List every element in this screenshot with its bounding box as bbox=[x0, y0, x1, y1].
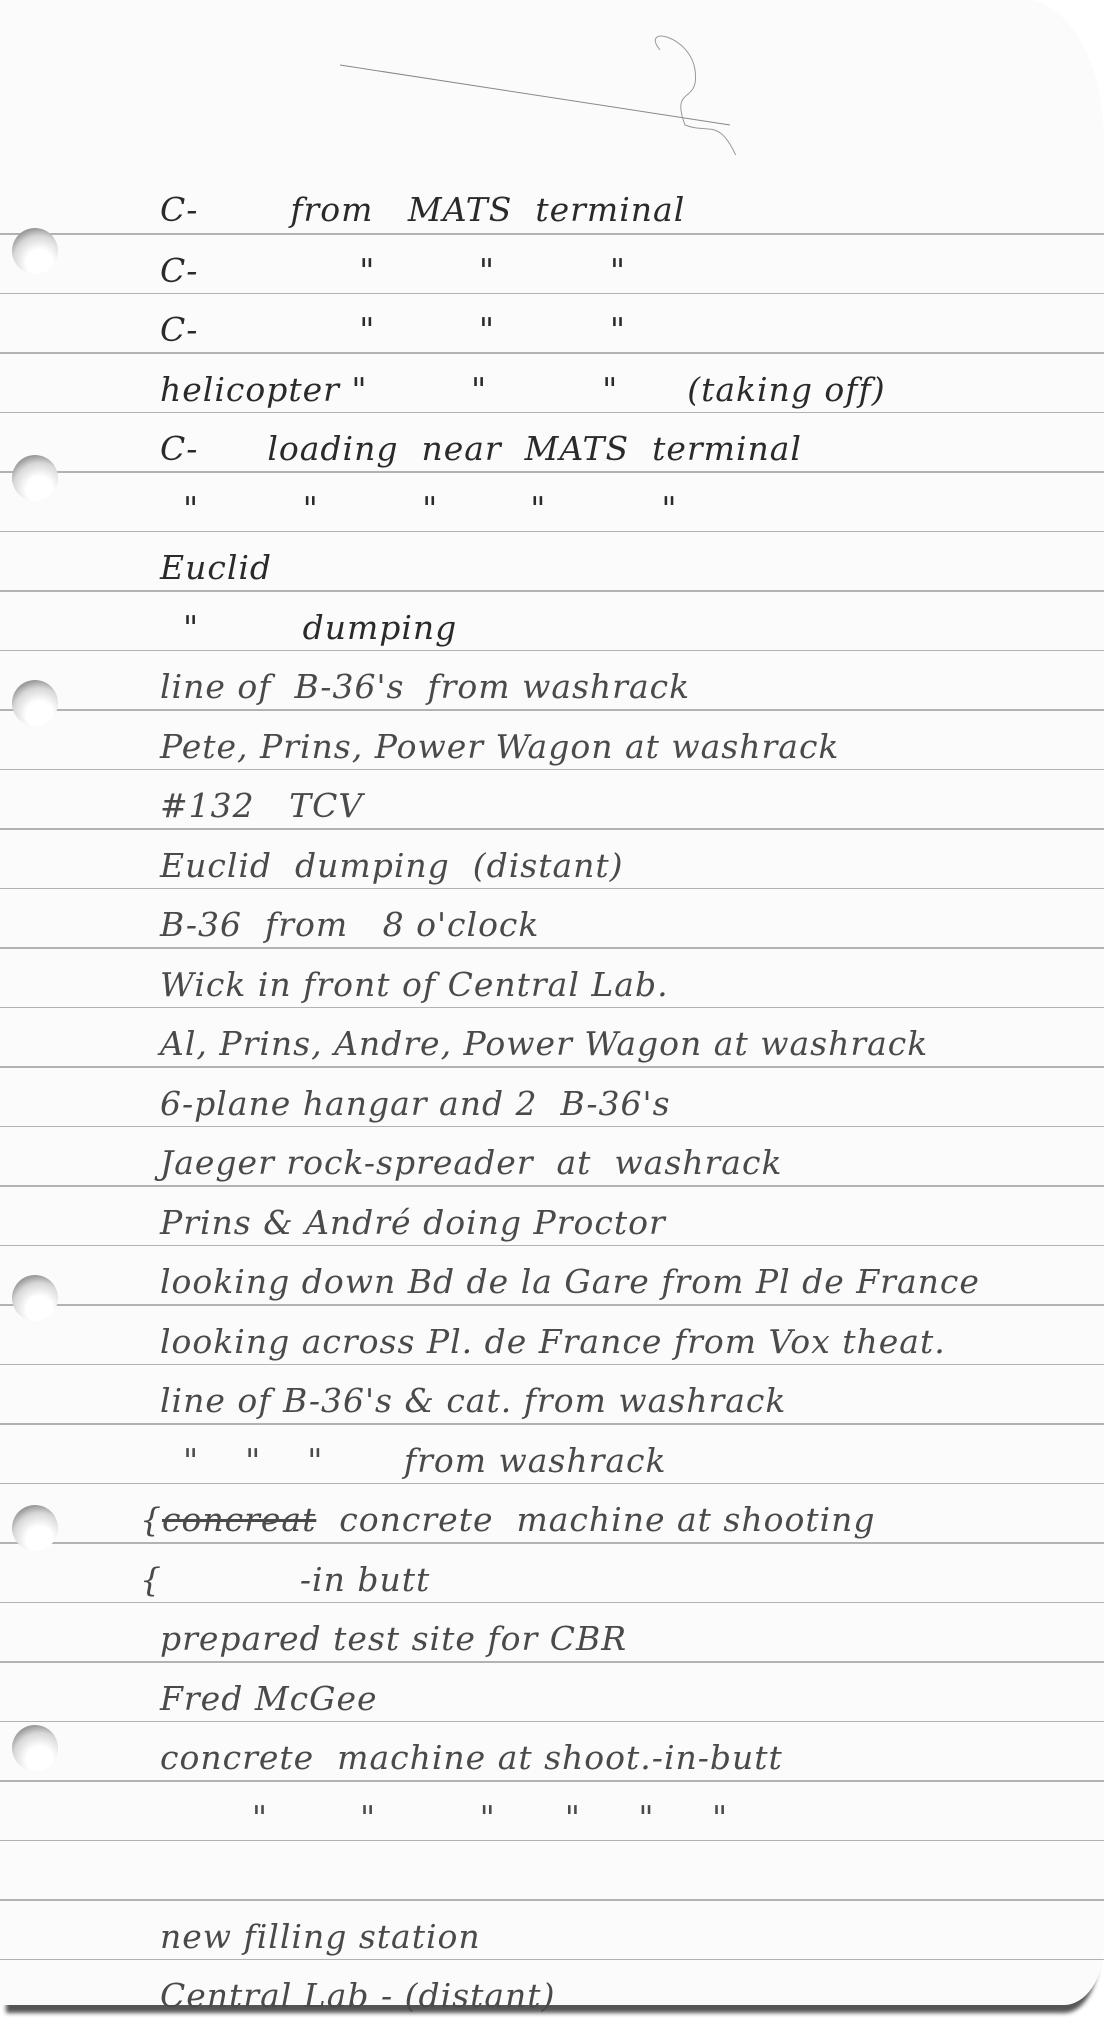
punch-hole bbox=[12, 1505, 58, 1551]
struck-word: concreat bbox=[162, 1500, 316, 1539]
ruled-line bbox=[0, 1899, 1104, 1901]
ruled-line bbox=[0, 1364, 1104, 1366]
ruled-line bbox=[0, 471, 1104, 473]
ruled-line bbox=[0, 650, 1104, 652]
note-entry: C- " " " bbox=[160, 251, 1084, 291]
note-entry: {concreat concrete machine at shooting bbox=[140, 1500, 1084, 1540]
note-entry: " " " " " bbox=[160, 489, 1084, 529]
note-entry: looking down Bd de la Gare from Pl de Fr… bbox=[160, 1262, 1084, 1302]
ruled-line bbox=[0, 828, 1104, 830]
ruled-line bbox=[0, 412, 1104, 414]
note-entry: #132 TCV bbox=[160, 786, 1084, 826]
note-entry: concrete machine at shoot.-in-butt bbox=[160, 1738, 1084, 1778]
note-entry: line of B-36's from washrack bbox=[160, 667, 1084, 707]
note-entry: Euclid dumping (distant) bbox=[160, 846, 1084, 886]
ruled-line bbox=[0, 1245, 1104, 1247]
ruled-line bbox=[0, 1066, 1104, 1068]
ruled-line bbox=[0, 1602, 1104, 1604]
ruled-line bbox=[0, 947, 1104, 949]
ruled-line bbox=[0, 233, 1104, 235]
note-entry: prepared test site for CBR bbox=[160, 1619, 1084, 1659]
ruled-line bbox=[0, 352, 1104, 354]
punch-hole bbox=[12, 1725, 58, 1771]
notebook-page: C- from MATS terminalC- " " "C- " " "hel… bbox=[0, 0, 1104, 2005]
ruled-line bbox=[0, 590, 1104, 592]
ruled-line bbox=[0, 1304, 1104, 1306]
note-entry: Euclid bbox=[160, 548, 1084, 588]
ruled-line bbox=[0, 709, 1104, 711]
note-entry: looking across Pl. de France from Vox th… bbox=[160, 1322, 1084, 1362]
ruled-line bbox=[0, 1721, 1104, 1723]
punch-hole bbox=[12, 680, 58, 726]
note-entry: Pete, Prins, Power Wagon at washrack bbox=[160, 727, 1084, 767]
note-entry: C- loading near MATS terminal bbox=[160, 429, 1084, 469]
ruled-line bbox=[0, 1483, 1104, 1485]
note-entry: C- from MATS terminal bbox=[160, 190, 1084, 230]
ruled-line bbox=[0, 1126, 1104, 1128]
punch-hole bbox=[12, 1275, 58, 1321]
ruled-line bbox=[0, 293, 1104, 295]
note-entry: Jaeger rock-spreader at washrack bbox=[160, 1143, 1084, 1183]
ruled-line bbox=[0, 1959, 1104, 1961]
punch-hole bbox=[12, 455, 58, 501]
ruled-line bbox=[0, 1185, 1104, 1187]
ruled-line bbox=[0, 1780, 1104, 1782]
note-entry: " " " " " " bbox=[160, 1798, 1084, 1838]
note-entry: line of B-36's & cat. from washrack bbox=[160, 1381, 1084, 1421]
stray-thread bbox=[340, 25, 780, 155]
note-entry: Prins & André doing Proctor bbox=[160, 1203, 1084, 1243]
note-entry: B-36 from 8 o'clock bbox=[160, 905, 1084, 945]
note-entry: " dumping bbox=[160, 608, 1084, 648]
note-entry: Central Lab - (distant) bbox=[160, 1976, 1084, 2016]
note-entry: Wick in front of Central Lab. bbox=[160, 965, 1084, 1005]
punch-hole bbox=[12, 228, 58, 274]
note-entry: new filling station bbox=[160, 1917, 1084, 1957]
ruled-line bbox=[0, 1007, 1104, 1009]
ruled-line bbox=[0, 531, 1104, 533]
note-entry: Al, Prins, Andre, Power Wagon at washrac… bbox=[160, 1024, 1084, 1064]
ruled-line bbox=[0, 1661, 1104, 1663]
note-entry: 6-plane hangar and 2 B-36's bbox=[160, 1084, 1084, 1124]
note-entry: Fred McGee bbox=[160, 1679, 1084, 1719]
note-entry: helicopter " " " (taking off) bbox=[160, 370, 1084, 410]
note-entry: " " " from washrack bbox=[160, 1441, 1084, 1481]
ruled-line bbox=[0, 769, 1104, 771]
note-entry: { -in butt bbox=[140, 1560, 1084, 1600]
ruled-line bbox=[0, 1840, 1104, 1842]
ruled-line bbox=[0, 888, 1104, 890]
ruled-line bbox=[0, 1542, 1104, 1544]
note-entry: C- " " " bbox=[160, 310, 1084, 350]
ruled-line bbox=[0, 1423, 1104, 1425]
